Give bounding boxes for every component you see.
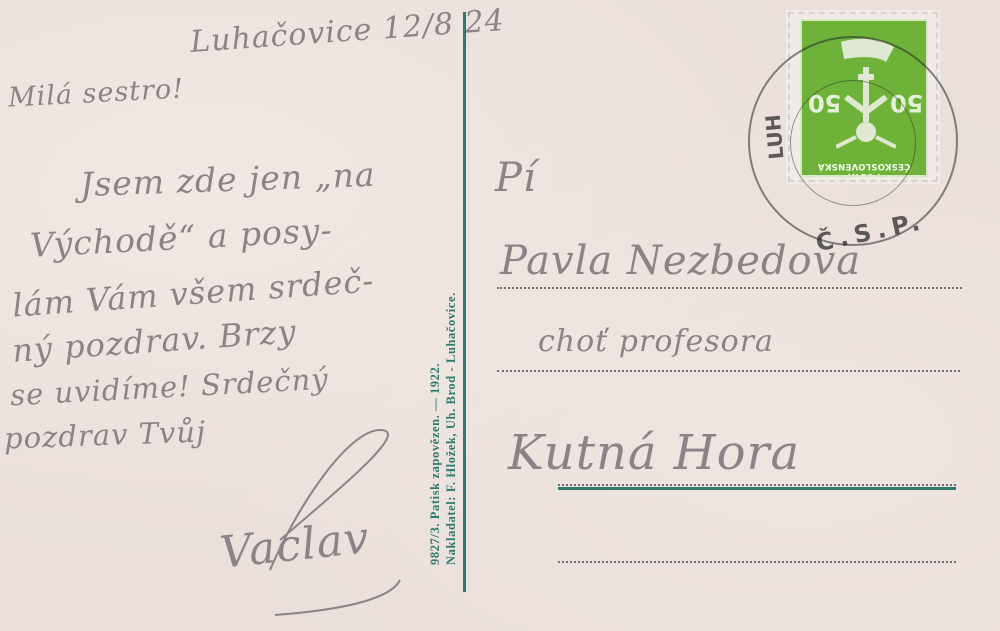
imprint-line-1: 9827/3. Patisk zapovězen. — 1922. xyxy=(427,292,443,565)
imprint-line-2: Nakladatel: F. Hložek, Uh. Brod - Luhačo… xyxy=(443,292,459,565)
address-title: Pí xyxy=(495,155,537,201)
address-line-2 xyxy=(497,370,960,372)
publisher-imprint: 9827/3. Patisk zapovězen. — 1922. Naklad… xyxy=(427,292,459,565)
postcard-back: Luhačovice 12/8 24 Milá sestro! Jsem zde… xyxy=(0,0,1000,631)
message-line-6: pozdrav Tvůj xyxy=(3,414,206,455)
address-line-2-text: choť profesora xyxy=(538,324,774,359)
center-divider-line xyxy=(463,12,466,592)
address-city: Kutná Hora xyxy=(508,425,800,481)
address-line-3-dotted xyxy=(558,484,956,486)
postmark-text-left: LUH xyxy=(761,114,789,161)
message-line-5: se uvidíme! Srdečný xyxy=(9,362,329,413)
address-city-underline xyxy=(558,487,956,490)
message-line-1: Jsem zde jen „na xyxy=(79,155,376,204)
salutation: Milá sestro! xyxy=(7,73,185,113)
signature-flourish xyxy=(200,420,460,631)
postmark-inner-ring xyxy=(790,80,916,206)
message-line-3: lám Vám všem srdeč- xyxy=(11,261,375,324)
message-line-2: Východě“ a posy- xyxy=(29,210,333,265)
address-line-4 xyxy=(558,561,956,563)
address-name: Pavla Nezbedova xyxy=(500,238,861,284)
place-date: Luhačovice 12/8 24 xyxy=(189,3,506,60)
address-line-1 xyxy=(497,287,962,289)
